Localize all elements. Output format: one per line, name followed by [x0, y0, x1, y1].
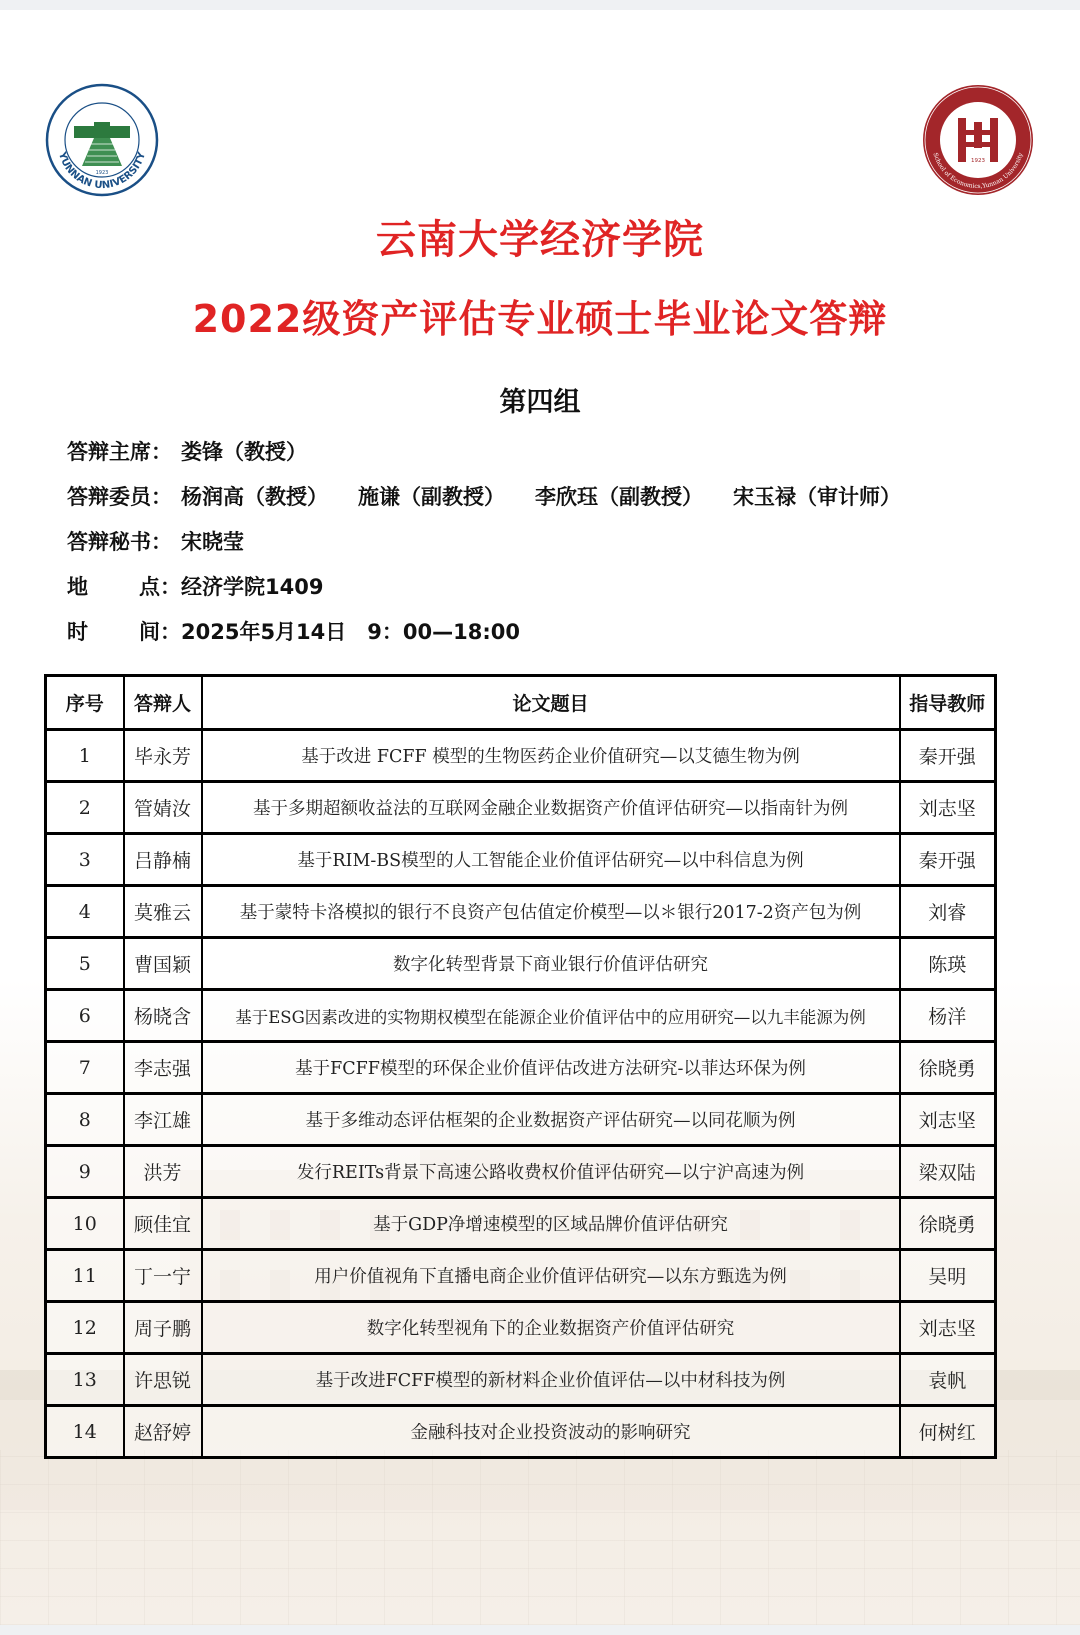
table-row: 5曹国颖数字化转型背景下商业银行价值评估研究陈瑛	[46, 938, 996, 990]
cell-number: 5	[46, 938, 124, 990]
yunnan-university-logo-icon: 1923 YUNNAN UNIVERSITY	[44, 82, 160, 198]
table-row: 12周子鹏数字化转型视角下的企业数据资产价值评估研究刘志坚	[46, 1302, 996, 1354]
time-value: 2025年5月14日 9：00—18:00	[181, 610, 520, 655]
cell-thesis-title: 基于GDP净增速模型的区域品牌价值评估研究	[202, 1198, 900, 1250]
secretary-row: 答辩秘书： 宋晓莹	[67, 520, 931, 565]
page-title-college: 云南大学经济学院	[0, 208, 1080, 265]
cell-advisor: 刘志坚	[900, 1094, 996, 1146]
cell-number: 6	[46, 990, 124, 1042]
table-header-row: 序号 答辩人 论文题目 指导教师	[46, 676, 996, 730]
table-row: 8李江雄基于多维动态评估框架的企业数据资产评估研究—以同花顺为例刘志坚	[46, 1094, 996, 1146]
group-title: 第四组	[0, 380, 1080, 419]
cell-student: 杨晓含	[124, 990, 202, 1042]
column-header-number: 序号	[46, 676, 124, 730]
cell-thesis-title: 数字化转型视角下的企业数据资产价值评估研究	[202, 1302, 900, 1354]
cell-thesis-title: 基于FCFF模型的环保企业价值评估改进方法研究-以菲达环保为例	[202, 1042, 900, 1094]
page-title-event: 2022级资产评估专业硕士毕业论文答辩	[0, 288, 1080, 343]
column-header-student: 答辩人	[124, 676, 202, 730]
cell-thesis-title: 基于多维动态评估框架的企业数据资产评估研究—以同花顺为例	[202, 1094, 900, 1146]
cell-thesis-title: 基于改进FCFF模型的新材料企业价值评估—以中材科技为例	[202, 1354, 900, 1406]
table-row: 2管婧汝基于多期超额收益法的互联网金融企业数据资产价值评估研究—以指南针为例刘志…	[46, 782, 996, 834]
table-row: 13许思锐基于改进FCFF模型的新材料企业价值评估—以中材科技为例袁帆	[46, 1354, 996, 1406]
cell-number: 1	[46, 730, 124, 782]
column-header-thesis-title: 论文题目	[202, 676, 900, 730]
cell-student: 丁一宁	[124, 1250, 202, 1302]
table-row: 9洪芳发行REITs背景下高速公路收费权价值评估研究—以宁沪高速为例梁双陆	[46, 1146, 996, 1198]
cell-student: 许思锐	[124, 1354, 202, 1406]
notice-page: 1923 YUNNAN UNIVERSITY 1923 School of Ec…	[0, 10, 1080, 1625]
time-label-a: 时	[67, 610, 88, 655]
cell-number: 12	[46, 1302, 124, 1354]
cell-number: 11	[46, 1250, 124, 1302]
cell-advisor: 秦开强	[900, 834, 996, 886]
cell-number: 2	[46, 782, 124, 834]
cell-number: 8	[46, 1094, 124, 1146]
cell-student: 李江雄	[124, 1094, 202, 1146]
committee-info: 答辩主席： 娄锋（教授） 答辩委员： 杨润高（教授） 施谦（副教授） 李欣珏（副…	[67, 430, 931, 655]
cell-advisor: 何树红	[900, 1406, 996, 1458]
cell-advisor: 刘睿	[900, 886, 996, 938]
member-1: 杨润高（教授）	[181, 475, 328, 520]
cell-thesis-title: 基于ESG因素改进的实物期权模型在能源企业价值评估中的应用研究—以九丰能源为例	[202, 990, 900, 1042]
table-row: 1毕永芳基于改进 FCFF 模型的生物医药企业价值研究—以艾德生物为例秦开强	[46, 730, 996, 782]
cell-advisor: 杨洋	[900, 990, 996, 1042]
location-row: 地 点： 经济学院1409	[67, 565, 931, 610]
cell-advisor: 陈瑛	[900, 938, 996, 990]
location-label: 地 点：	[67, 565, 181, 610]
cell-student: 莫雅云	[124, 886, 202, 938]
table-row: 14赵舒婷金融科技对企业投资波动的影响研究何树红	[46, 1406, 996, 1458]
cell-thesis-title: 基于RIM-BS模型的人工智能企业价值评估研究—以中科信息为例	[202, 834, 900, 886]
cell-number: 9	[46, 1146, 124, 1198]
cell-thesis-title: 基于改进 FCFF 模型的生物医药企业价值研究—以艾德生物为例	[202, 730, 900, 782]
cell-number: 3	[46, 834, 124, 886]
cell-student: 管婧汝	[124, 782, 202, 834]
cell-advisor: 秦开强	[900, 730, 996, 782]
school-of-economics-logo-icon: 1923 School of Economics,Yunnan Universi…	[920, 82, 1036, 198]
chair-row: 答辩主席： 娄锋（教授）	[67, 430, 931, 475]
location-value: 经济学院1409	[181, 565, 323, 610]
column-header-advisor: 指导教师	[900, 676, 996, 730]
cell-student: 赵舒婷	[124, 1406, 202, 1458]
defense-schedule-table: 序号 答辩人 论文题目 指导教师 1毕永芳基于改进 FCFF 模型的生物医药企业…	[44, 674, 997, 1459]
svg-text:1923: 1923	[96, 170, 109, 176]
cell-number: 4	[46, 886, 124, 938]
table-row: 4莫雅云基于蒙特卡洛模拟的银行不良资产包估值定价模型—以＊银行2017-2资产包…	[46, 886, 996, 938]
time-label-b: 间：	[139, 610, 181, 655]
members-label: 答辩委员：	[67, 475, 181, 520]
cell-student: 李志强	[124, 1042, 202, 1094]
cell-thesis-title: 发行REITs背景下高速公路收费权价值评估研究—以宁沪高速为例	[202, 1146, 900, 1198]
cell-advisor: 刘志坚	[900, 782, 996, 834]
svg-text:1923: 1923	[971, 158, 985, 164]
cell-thesis-title: 用户价值视角下直播电商企业价值评估研究—以东方甄选为例	[202, 1250, 900, 1302]
table-row: 6杨晓含基于ESG因素改进的实物期权模型在能源企业价值评估中的应用研究—以九丰能…	[46, 990, 996, 1042]
cell-advisor: 梁双陆	[900, 1146, 996, 1198]
member-2: 施谦（副教授）	[358, 475, 505, 520]
table-row: 10顾佳宜基于GDP净增速模型的区域品牌价值评估研究徐晓勇	[46, 1198, 996, 1250]
member-4: 宋玉禄（审计师）	[733, 475, 901, 520]
cell-student: 洪芳	[124, 1146, 202, 1198]
cell-number: 13	[46, 1354, 124, 1406]
table-row: 3吕静楠基于RIM-BS模型的人工智能企业价值评估研究—以中科信息为例秦开强	[46, 834, 996, 886]
cell-advisor: 徐晓勇	[900, 1042, 996, 1094]
cell-thesis-title: 基于多期超额收益法的互联网金融企业数据资产价值评估研究—以指南针为例	[202, 782, 900, 834]
cell-student: 毕永芳	[124, 730, 202, 782]
cell-student: 顾佳宜	[124, 1198, 202, 1250]
table-row: 7李志强基于FCFF模型的环保企业价值评估改进方法研究-以菲达环保为例徐晓勇	[46, 1042, 996, 1094]
cell-advisor: 刘志坚	[900, 1302, 996, 1354]
time-label: 时 间：	[67, 610, 181, 655]
cell-student: 曹国颖	[124, 938, 202, 990]
members-row: 答辩委员： 杨润高（教授） 施谦（副教授） 李欣珏（副教授） 宋玉禄（审计师）	[67, 475, 931, 520]
secretary-label: 答辩秘书：	[67, 520, 181, 565]
location-label-a: 地	[67, 565, 88, 610]
cell-advisor: 吴明	[900, 1250, 996, 1302]
cell-thesis-title: 金融科技对企业投资波动的影响研究	[202, 1406, 900, 1458]
cell-thesis-title: 数字化转型背景下商业银行价值评估研究	[202, 938, 900, 990]
table-row: 11丁一宁用户价值视角下直播电商企业价值评估研究—以东方甄选为例吴明	[46, 1250, 996, 1302]
location-label-b: 点：	[139, 565, 181, 610]
member-3: 李欣珏（副教授）	[535, 475, 703, 520]
chair-value: 娄锋（教授）	[181, 430, 307, 475]
cell-thesis-title: 基于蒙特卡洛模拟的银行不良资产包估值定价模型—以＊银行2017-2资产包为例	[202, 886, 900, 938]
cell-advisor: 袁帆	[900, 1354, 996, 1406]
cell-number: 7	[46, 1042, 124, 1094]
cell-number: 10	[46, 1198, 124, 1250]
cell-number: 14	[46, 1406, 124, 1458]
cell-student: 周子鹏	[124, 1302, 202, 1354]
cell-advisor: 徐晓勇	[900, 1198, 996, 1250]
plaza-floor-background	[0, 1450, 1080, 1625]
secretary-value: 宋晓莹	[181, 520, 244, 565]
chair-label: 答辩主席：	[67, 430, 181, 475]
cell-student: 吕静楠	[124, 834, 202, 886]
time-row: 时 间： 2025年5月14日 9：00—18:00	[67, 610, 931, 655]
